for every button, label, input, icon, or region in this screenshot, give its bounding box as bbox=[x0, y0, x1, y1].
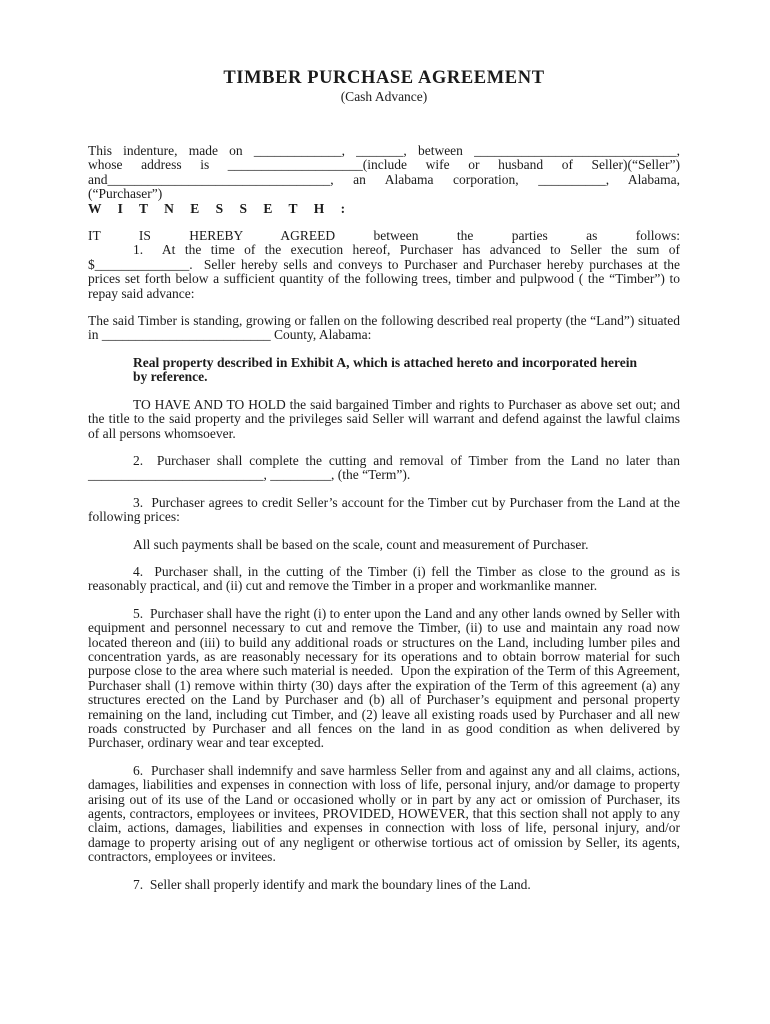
intro-paragraph: This indenture, made on _____________, _… bbox=[88, 144, 680, 202]
paragraph-2-term: 2. Purchaser shall complete the cutting … bbox=[88, 454, 680, 483]
document-subtitle: (Cash Advance) bbox=[88, 89, 680, 105]
paragraph-4-cutting: 4. Purchaser shall, in the cutting of th… bbox=[88, 565, 680, 594]
paragraph-1-advance: 1. At the time of the execution hereof, … bbox=[88, 243, 680, 301]
paragraph-7-boundary: 7. Seller shall properly identify and ma… bbox=[88, 878, 680, 892]
intro-line-1: This indenture, made on _____________, _… bbox=[88, 144, 680, 158]
witnesseth-heading: W I T N E S S E T H : bbox=[88, 202, 680, 216]
document-title: TIMBER PURCHASE AGREEMENT bbox=[88, 68, 680, 89]
payments-clause: All such payments shall be based on the … bbox=[88, 538, 680, 552]
agreed-line: IT IS HEREBY AGREED between the parties … bbox=[88, 229, 680, 243]
intro-line-4: (“Purchaser”) bbox=[88, 187, 680, 201]
document-page: TIMBER PURCHASE AGREEMENT (Cash Advance)… bbox=[0, 0, 770, 1024]
habendum-clause: TO HAVE AND TO HOLD the said bargained T… bbox=[88, 398, 680, 441]
paragraph-timber-location: The said Timber is standing, growing or … bbox=[88, 314, 680, 343]
paragraph-3-prices: 3. Purchaser agrees to credit Seller’s a… bbox=[88, 496, 680, 525]
intro-line-2: whose address is ____________________(in… bbox=[88, 158, 680, 172]
intro-line-3: and_________________________________, an… bbox=[88, 173, 680, 187]
exhibit-clause: Real property described in Exhibit A, wh… bbox=[133, 356, 637, 385]
paragraph-6-indemnify: 6. Purchaser shall indemnify and save ha… bbox=[88, 764, 680, 865]
paragraph-5-access-rights: 5. Purchaser shall have the right (i) to… bbox=[88, 607, 680, 751]
